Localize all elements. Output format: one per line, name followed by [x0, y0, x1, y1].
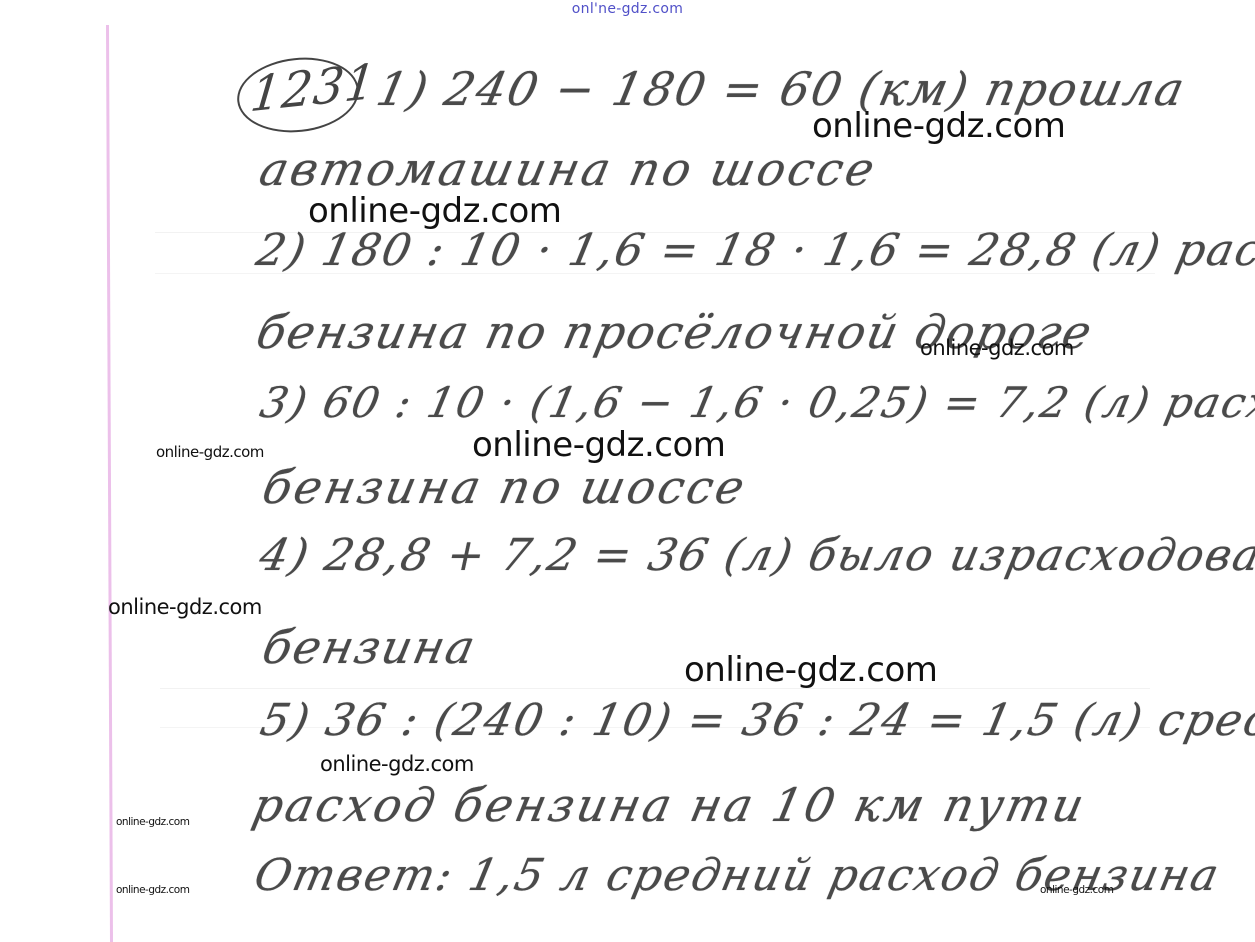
task-number: 1231 — [248, 53, 379, 123]
solution-line-5: 3) 60 : 10 · (1,6 − 1,6 · 0,25) = 7,2 (л… — [256, 378, 1255, 427]
solution-line-2: автомашина по шоссе — [255, 142, 882, 196]
solution-line-1: 1) 240 − 180 = 60 (км) прошла — [372, 62, 1191, 116]
solution-line-7: 4) 28,8 + 7,2 = 36 (л) было израсходован… — [255, 530, 1255, 581]
solution-line-3: 2) 180 : 10 · 1,6 = 18 · 1,6 = 28,8 (л) … — [252, 225, 1255, 276]
watermark: online-gdz.com — [116, 816, 189, 828]
watermark: online-gdz.com — [684, 650, 937, 690]
notebook-margin-line — [106, 25, 113, 942]
watermark: online-gdz.com — [116, 884, 189, 896]
task-number-circle: 1231 — [233, 52, 362, 138]
watermark: online-gdz.com — [156, 443, 264, 461]
watermark: online-gdz.com — [308, 191, 561, 231]
watermark: online-gdz.com — [320, 752, 474, 776]
watermark: online-gdz.com — [472, 425, 725, 465]
solution-line-10: расход бензина на 10 км пути — [248, 778, 1091, 832]
watermark: online-gdz.com — [920, 336, 1074, 360]
site-watermark-header[interactable]: onl'ne-gdz.com — [0, 1, 1255, 17]
solution-line-9: 5) 36 : (240 : 10) = 36 : 24 = 1,5 (л) с… — [256, 695, 1255, 746]
solution-line-6: бензина по шоссе — [258, 460, 752, 514]
watermark: online-gdz.com — [812, 106, 1065, 146]
solution-line-8: бензина — [258, 620, 482, 674]
watermark: online-gdz.com — [1040, 884, 1113, 896]
watermark: online-gdz.com — [108, 595, 262, 619]
